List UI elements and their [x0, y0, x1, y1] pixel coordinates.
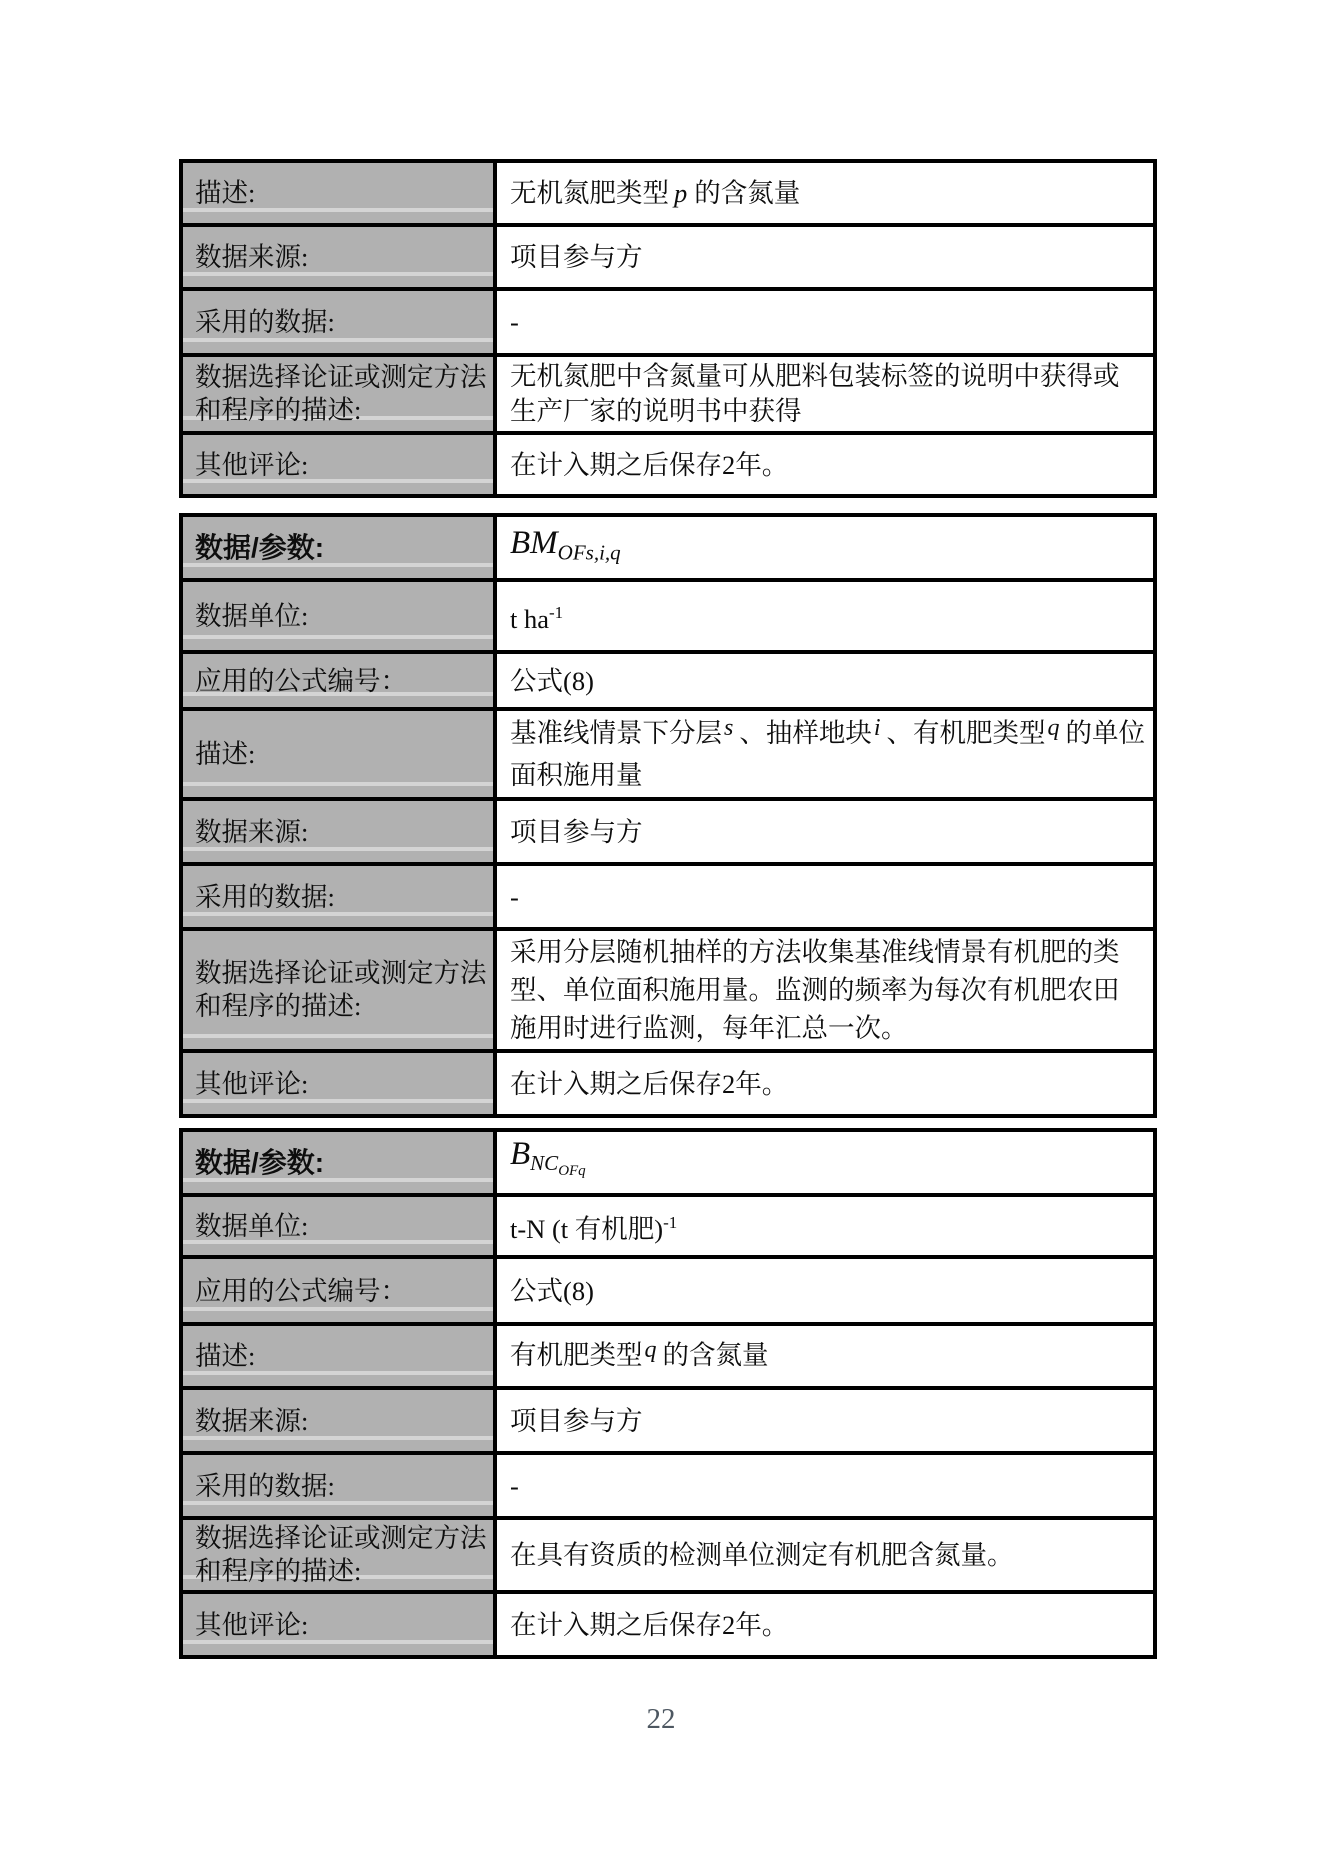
row-label-comments: 其他评论:: [181, 433, 495, 496]
row-label-description: 描述:: [181, 1324, 495, 1388]
row-value-justification: 无机氮肥中含氮量可从肥料包装标签的说明中获得或生产厂家的说明书中获得: [495, 355, 1155, 433]
page-number: 22: [0, 1703, 1322, 1736]
parameter-symbol: B: [510, 1136, 530, 1172]
parameter-symbol: BM: [510, 525, 558, 561]
table-row: 采用的数据: -: [181, 289, 1155, 355]
parameter-subscript-text: NC: [530, 1151, 558, 1175]
value-text: 有机肥类型: [510, 1340, 643, 1370]
row-label-justification: 数据选择论证或测定方法和程序的描述:: [181, 355, 495, 433]
parameter-sub-subscript: OFq: [558, 1163, 586, 1179]
unit-exponent: -1: [663, 1213, 677, 1232]
row-label-parameter: 数据/参数:: [181, 1130, 495, 1195]
row-label-data-source: 数据来源:: [181, 225, 495, 289]
row-value-data-source: 项目参与方: [495, 799, 1155, 864]
table-row: 数据选择论证或测定方法和程序的描述: 无机氮肥中含氮量可从肥料包装标签的说明中获…: [181, 355, 1155, 433]
table-row: 采用的数据: -: [181, 1453, 1155, 1518]
math-var-s: s: [724, 715, 733, 741]
row-label-description: 描述:: [181, 161, 495, 225]
table-row: 数据选择论证或测定方法和程序的描述: 采用分层随机抽样的方法收集基准线情景有机肥…: [181, 929, 1155, 1051]
table-row: 应用的公式编号： 公式(8): [181, 1257, 1155, 1324]
row-value-data-applied: -: [495, 864, 1155, 929]
table-row: 数据来源: 项目参与方: [181, 225, 1155, 289]
row-label-description: 描述:: [181, 709, 495, 799]
table-row: 其他评论: 在计入期之后保存2年。: [181, 1592, 1155, 1657]
row-value-description: 无机氮肥类型p的含氮量: [495, 161, 1155, 225]
row-label-data-source: 数据来源:: [181, 1388, 495, 1453]
table-row: 描述: 基准线情景下分层s、抽样地块i、有机肥类型q的单位面积施用量: [181, 709, 1155, 799]
row-value-justification: 采用分层随机抽样的方法收集基准线情景有机肥的类型、单位面积施用量。监测的频率为每…: [495, 929, 1155, 1051]
parameter-table-3: 数据/参数: BNCOFq 数据单位: t-N (t 有机肥)-1 应用的公式编…: [179, 1128, 1157, 1659]
row-value-comments: 在计入期之后保存2年。: [495, 1592, 1155, 1657]
row-label-comments: 其他评论:: [181, 1592, 495, 1657]
row-label-parameter: 数据/参数:: [181, 515, 495, 580]
row-value-data-applied: -: [495, 1453, 1155, 1518]
row-value-data-source: 项目参与方: [495, 1388, 1155, 1453]
row-value-justification: 在具有资质的检测单位测定有机肥含氮量。: [495, 1518, 1155, 1592]
parameter-table-1: 描述: 无机氮肥类型p的含氮量 数据来源: 项目参与方 采用的数据: - 数据选…: [179, 159, 1157, 498]
document-page: 描述: 无机氮肥类型p的含氮量 数据来源: 项目参与方 采用的数据: - 数据选…: [0, 0, 1322, 1871]
row-label-data-unit: 数据单位:: [181, 580, 495, 652]
table-row: 数据来源: 项目参与方: [181, 799, 1155, 864]
row-label-justification: 数据选择论证或测定方法和程序的描述:: [181, 1518, 495, 1592]
table-row: 数据选择论证或测定方法和程序的描述: 在具有资质的检测单位测定有机肥含氮量。: [181, 1518, 1155, 1592]
parameter-table-2: 数据/参数: BMOFs,i,q 数据单位: t ha-1 应用的公式编号： 公…: [179, 513, 1157, 1118]
value-text: 的含氮量: [663, 1340, 769, 1370]
math-var-q: q: [645, 1337, 657, 1363]
row-label-data-applied: 采用的数据:: [181, 289, 495, 355]
row-value-description: 有机肥类型q的含氮量: [495, 1324, 1155, 1388]
table-row: 采用的数据: -: [181, 864, 1155, 929]
unit-text: t ha: [510, 604, 549, 634]
row-value-data-unit: t-N (t 有机肥)-1: [495, 1195, 1155, 1257]
row-value-comments: 在计入期之后保存2年。: [495, 433, 1155, 496]
table-row: 描述: 无机氮肥类型p的含氮量: [181, 161, 1155, 225]
table-row: 数据/参数: BMOFs,i,q: [181, 515, 1155, 580]
row-value-equation-number: 公式(8): [495, 1257, 1155, 1324]
row-value-equation-number: 公式(8): [495, 652, 1155, 709]
table-row: 数据来源: 项目参与方: [181, 1388, 1155, 1453]
row-label-data-source: 数据来源:: [181, 799, 495, 864]
row-label-comments: 其他评论:: [181, 1051, 495, 1116]
row-value-data-applied: -: [495, 289, 1155, 355]
row-value-comments: 在计入期之后保存2年。: [495, 1051, 1155, 1116]
row-value-parameter: BMOFs,i,q: [495, 515, 1155, 580]
math-var-p: p: [674, 178, 687, 208]
row-label-data-applied: 采用的数据:: [181, 864, 495, 929]
parameter-subscript: NCOFq: [530, 1151, 586, 1175]
value-text: 、有机肥类型: [887, 718, 1046, 748]
math-var-q: q: [1048, 715, 1060, 741]
row-label-data-unit: 数据单位:: [181, 1195, 495, 1257]
row-value-parameter: BNCOFq: [495, 1130, 1155, 1195]
table-row: 数据/参数: BNCOFq: [181, 1130, 1155, 1195]
value-text: 基准线情景下分层: [510, 718, 722, 748]
row-label-equation-number: 应用的公式编号：: [181, 1257, 495, 1324]
table-row: 数据单位: t-N (t 有机肥)-1: [181, 1195, 1155, 1257]
value-text: 的含氮量: [694, 178, 800, 208]
row-label-justification: 数据选择论证或测定方法和程序的描述:: [181, 929, 495, 1051]
math-var-i: i: [874, 715, 881, 741]
row-value-data-unit: t ha-1: [495, 580, 1155, 652]
table-row: 描述: 有机肥类型q的含氮量: [181, 1324, 1155, 1388]
value-text: 、抽样地块: [739, 718, 872, 748]
parameter-subscript: OFs,i,q: [558, 540, 621, 564]
row-value-description: 基准线情景下分层s、抽样地块i、有机肥类型q的单位面积施用量: [495, 709, 1155, 799]
unit-text: t-N (t 有机肥): [510, 1214, 663, 1244]
table-row: 数据单位: t ha-1: [181, 580, 1155, 652]
table-row: 应用的公式编号： 公式(8): [181, 652, 1155, 709]
table-row: 其他评论: 在计入期之后保存2年。: [181, 1051, 1155, 1116]
row-label-equation-number: 应用的公式编号：: [181, 652, 495, 709]
row-label-data-applied: 采用的数据:: [181, 1453, 495, 1518]
table-row: 其他评论: 在计入期之后保存2年。: [181, 433, 1155, 496]
value-text: 无机氮肥类型: [510, 178, 669, 208]
row-value-data-source: 项目参与方: [495, 225, 1155, 289]
unit-exponent: -1: [549, 603, 563, 622]
